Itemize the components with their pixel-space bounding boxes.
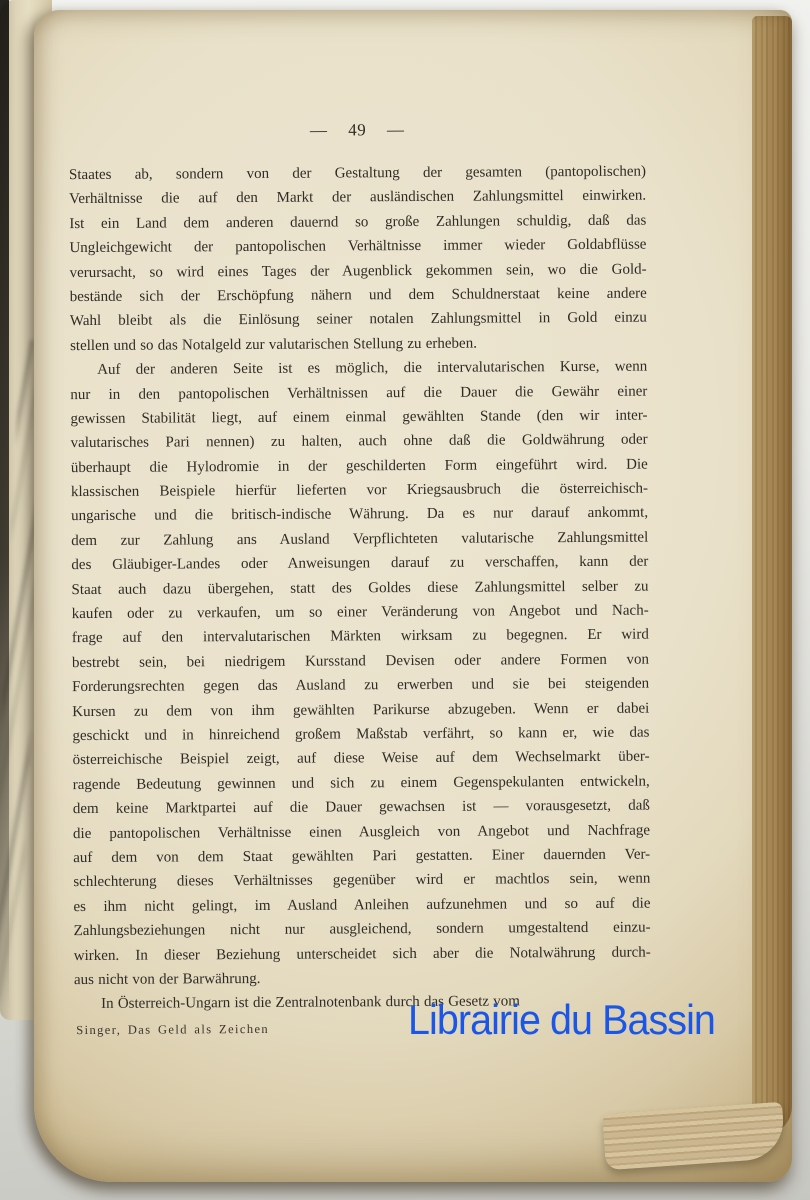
gutter-shadow	[0, 0, 9, 1010]
text-line: aus nicht von der Barwährung.	[74, 964, 651, 992]
text-line: Staat auch dazu übergehen, statt des Gol…	[71, 574, 648, 602]
text-line: es ihm nicht gelingt, im Ausland Anleihe…	[73, 891, 650, 919]
text-line: Wahl bleibt als die Einlösung seiner not…	[70, 306, 647, 334]
text-line: Ungleichgewicht der pantopolischen Verhä…	[69, 233, 646, 261]
text-line: ragende Bedeutung gewinnen und sich zu e…	[73, 769, 650, 797]
page-number: 49	[348, 120, 366, 139]
text-line: ungarische und die britisch-indische Wäh…	[71, 501, 648, 529]
text-line: Forderungsrechten gegen das Ausland zu e…	[72, 672, 649, 700]
text-line: klassischen Beispiele hierfür lieferten …	[71, 477, 648, 505]
text-line: Ist ein Land dem anderen dauernd so groß…	[69, 208, 646, 236]
book-page: — 49 — Staates ab, sondern von der Gesta…	[34, 10, 792, 1182]
text-line: kaufen oder zu verkaufen, um so einer Ve…	[72, 599, 649, 627]
paragraph: Staates ab, sondern von der Gestaltung d…	[69, 160, 647, 359]
text-line: dem zur Zahlung ans Ausland Verpflichtet…	[71, 525, 648, 553]
text-line: überhaupt die Hylodromie in der geschild…	[71, 452, 648, 480]
text-line: auf dem von dem Staat gewählten Pari ges…	[73, 843, 650, 871]
text-line: nur in den pantopolischen Verhältnissen …	[70, 379, 647, 407]
text-line: Auf der anderen Seite ist es möglich, di…	[70, 355, 647, 383]
text-line: des Gläubiger-Landes oder Anweisungen da…	[71, 550, 648, 578]
text-line: wirken. In dieser Beziehung unterscheide…	[74, 940, 651, 968]
text-line: Kursen zu dem von ihm gewählten Parikurs…	[72, 696, 649, 724]
text-line: Staates ab, sondern von der Gestaltung d…	[69, 160, 646, 188]
header-left-dash: —	[310, 121, 328, 140]
body-text: Staates ab, sondern von der Gestaltung d…	[69, 160, 651, 1017]
page-header: — 49 —	[69, 119, 646, 143]
text-line: gewissen Stabilität liegt, auf einem ein…	[70, 403, 647, 431]
text-line: Zahlungsbeziehungen nicht nur ausgleiche…	[74, 916, 651, 944]
text-line: österreichische Beispiel zeigt, auf dies…	[73, 745, 650, 773]
text-line: valutarisches Pari nennen) zu halten, au…	[71, 428, 648, 456]
paragraph: Auf der anderen Seite ist es möglich, di…	[70, 355, 651, 993]
text-line: geschickt und in hinreichend großem Maßs…	[72, 721, 649, 749]
footer-signature: Singer, Das Geld als Zeichen	[76, 1022, 269, 1038]
watermark-text: Librairie du Bassin	[408, 996, 715, 1044]
text-line: schlechterung dieses Verhältnisses gegen…	[73, 867, 650, 895]
text-line: die pantopolischen Verhältnisse einen Au…	[73, 818, 650, 846]
text-line: bestrebt sein, bei niedrigem Kursstand D…	[72, 647, 649, 675]
text-line: Verhältnisse die auf den Markt der auslä…	[69, 184, 646, 212]
text-line: bestände sich der Erschöpfung nähern und…	[70, 282, 647, 310]
header-right-dash: —	[387, 120, 405, 139]
text-line: verursacht, so wird eines Tages der Auge…	[70, 257, 647, 285]
text-line: frage auf den intervalutarischen Märkten…	[72, 623, 649, 651]
text-line: stellen und so das Notalgeld zur valutar…	[70, 330, 647, 358]
text-line: dem keine Marktpartei auf die Dauer gewa…	[73, 794, 650, 822]
